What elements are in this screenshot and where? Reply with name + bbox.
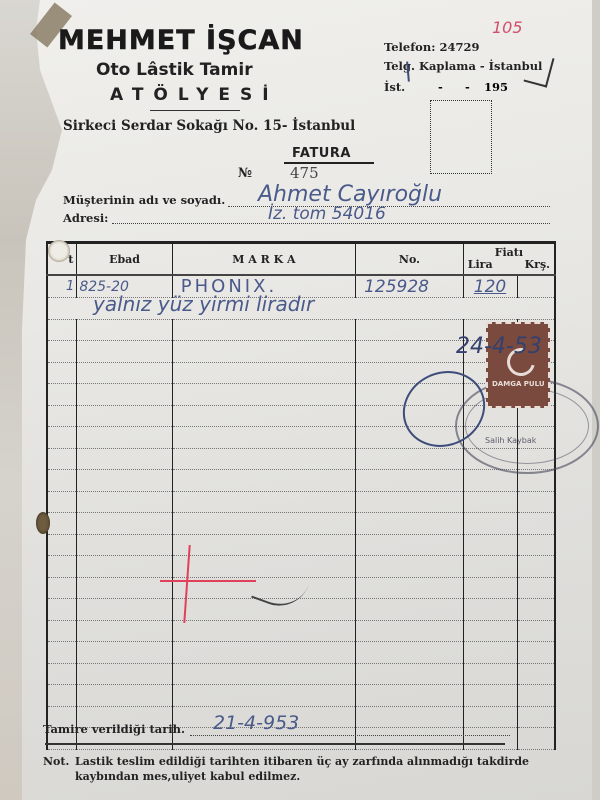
table-row-empty	[47, 534, 555, 556]
empty-cell[interactable]	[77, 384, 172, 406]
empty-cell[interactable]	[356, 448, 464, 470]
empty-cell[interactable]	[463, 599, 517, 621]
cell-no[interactable]: 125928	[356, 275, 464, 298]
table-header-row: t Ebad M A R K A No. Fiatı Lira Krş.	[47, 243, 555, 276]
column-header-marka: M A R K A	[172, 243, 355, 276]
table-row-empty	[47, 470, 555, 492]
phone: Telefon: 24729	[384, 40, 479, 54]
empty-cell[interactable]	[463, 577, 517, 599]
invoice-number: 475	[290, 164, 319, 182]
empty-cell[interactable]	[77, 642, 172, 664]
company-workshop: ATÖLYESİ	[110, 85, 279, 105]
empty-cell[interactable]	[172, 534, 355, 556]
handwritten-reference: 105	[492, 18, 523, 37]
empty-cell[interactable]	[356, 642, 464, 664]
number-symbol: №	[238, 166, 252, 181]
note-label: Not.	[43, 754, 69, 769]
empty-cell[interactable]	[47, 319, 77, 341]
empty-cell[interactable]	[463, 556, 517, 578]
column-header-price: Fiatı Lira Krş.	[463, 243, 555, 276]
empty-cell[interactable]	[172, 642, 355, 664]
footer-divider	[45, 743, 505, 745]
empty-cell[interactable]	[517, 620, 555, 642]
customer-name-label: Müşterinin adı ve soyadı.	[63, 193, 225, 207]
empty-cell[interactable]	[517, 663, 555, 685]
table-row-empty	[47, 663, 555, 685]
empty-cell[interactable]	[517, 556, 555, 578]
empty-cell[interactable]	[77, 491, 172, 513]
empty-cell[interactable]	[172, 448, 355, 470]
empty-cell[interactable]	[77, 341, 172, 363]
date-year: 195	[484, 80, 508, 94]
empty-cell[interactable]	[172, 620, 355, 642]
empty-cell[interactable]	[77, 427, 172, 449]
empty-cell[interactable]	[47, 577, 77, 599]
empty-cell[interactable]	[47, 534, 77, 556]
empty-cell[interactable]	[47, 362, 77, 384]
invoice-title: FATURA	[292, 146, 351, 161]
empty-cell[interactable]	[517, 706, 555, 728]
empty-cell[interactable]	[356, 728, 464, 750]
empty-cell[interactable]	[517, 642, 555, 664]
column-header-ebad: Ebad	[77, 243, 172, 276]
table-row-empty	[47, 642, 555, 664]
empty-cell[interactable]	[47, 491, 77, 513]
empty-cell[interactable]	[47, 470, 77, 492]
column-header-lira: Lira	[468, 259, 493, 271]
stamp-date: 24-4-53	[456, 334, 542, 359]
empty-cell[interactable]	[517, 491, 555, 513]
empty-cell[interactable]	[172, 427, 355, 449]
date-separator: -	[438, 80, 443, 94]
empty-cell[interactable]	[463, 663, 517, 685]
empty-cell[interactable]	[77, 556, 172, 578]
table-row: yalnız yüz yirmi liradır	[47, 298, 555, 320]
empty-cell[interactable]	[517, 728, 555, 750]
empty-cell[interactable]	[356, 556, 464, 578]
empty-cell[interactable]	[463, 706, 517, 728]
company-address: Sirkeci Serdar Sokağı No. 15- İstanbul	[63, 118, 355, 134]
empty-cell[interactable]	[517, 577, 555, 599]
empty-cell[interactable]	[47, 427, 77, 449]
punch-hole	[48, 240, 70, 262]
cell-krs[interactable]	[517, 275, 555, 298]
empty-cell[interactable]	[47, 384, 77, 406]
empty-cell[interactable]	[356, 341, 464, 363]
empty-cell[interactable]	[517, 685, 555, 707]
empty-cell[interactable]	[463, 491, 517, 513]
table-row-empty	[47, 513, 555, 535]
company-name: MEHMET İŞCAN	[58, 25, 304, 56]
empty-cell[interactable]	[356, 534, 464, 556]
empty-cell[interactable]	[463, 642, 517, 664]
empty-cell[interactable]	[47, 685, 77, 707]
table-row-empty	[47, 599, 555, 621]
customer-address-label: Adresi:	[63, 211, 108, 225]
empty-cell[interactable]	[463, 534, 517, 556]
punch-hole	[36, 512, 50, 534]
stamp-placeholder-box	[430, 100, 492, 174]
divider	[150, 110, 240, 111]
empty-cell[interactable]	[47, 642, 77, 664]
check-mark-icon	[396, 62, 410, 83]
empty-cell[interactable]	[356, 685, 464, 707]
empty-cell[interactable]	[463, 728, 517, 750]
empty-cell[interactable]	[77, 362, 172, 384]
empty-cell[interactable]	[356, 577, 464, 599]
items-table: t Ebad M A R K A No. Fiatı Lira Krş. 1 8…	[46, 241, 556, 750]
empty-cell[interactable]	[77, 448, 172, 470]
table-row-empty	[47, 491, 555, 513]
empty-cell[interactable]	[172, 663, 355, 685]
revenue-stamp-text: DAMGA PULU	[492, 380, 545, 388]
customer-address-value[interactable]: İz. tom 54016	[268, 204, 386, 224]
empty-cell[interactable]	[463, 685, 517, 707]
table-row-empty	[47, 620, 555, 642]
cell-lira[interactable]: 120	[463, 275, 517, 298]
cell-adet[interactable]: 1	[47, 275, 77, 298]
empty-cell[interactable]	[356, 620, 464, 642]
empty-cell[interactable]	[77, 599, 172, 621]
empty-cell[interactable]	[47, 663, 77, 685]
note-text: Lastik teslim edildiği tarihten itibaren…	[75, 754, 545, 784]
empty-cell[interactable]	[517, 599, 555, 621]
red-cross-mark	[160, 580, 256, 582]
empty-cell[interactable]	[356, 470, 464, 492]
table-row-empty	[47, 556, 555, 578]
empty-cell[interactable]	[172, 341, 355, 363]
empty-cell[interactable]	[77, 405, 172, 427]
empty-cell[interactable]	[47, 448, 77, 470]
empty-cell[interactable]	[172, 319, 355, 341]
table-row-empty	[47, 685, 555, 707]
empty-cell[interactable]	[77, 319, 172, 341]
empty-cell[interactable]	[172, 491, 355, 513]
empty-cell[interactable]	[356, 599, 464, 621]
empty-cell[interactable]	[77, 470, 172, 492]
empty-cell[interactable]	[356, 491, 464, 513]
empty-cell[interactable]	[172, 470, 355, 492]
empty-cell[interactable]	[47, 556, 77, 578]
repair-date-label: Tamire verildiği tarih.	[43, 722, 185, 736]
empty-cell[interactable]	[77, 663, 172, 685]
empty-cell[interactable]	[172, 384, 355, 406]
empty-cell[interactable]	[77, 685, 172, 707]
column-header-krs: Krş.	[525, 259, 550, 271]
empty-cell[interactable]	[77, 513, 172, 535]
empty-cell[interactable]	[172, 513, 355, 535]
empty-cell[interactable]	[356, 706, 464, 728]
empty-cell[interactable]	[47, 405, 77, 427]
empty-cell[interactable]	[77, 577, 172, 599]
column-header-no: No.	[356, 243, 464, 276]
date-separator: -	[465, 80, 470, 94]
empty-cell[interactable]	[463, 513, 517, 535]
amount-in-words[interactable]: yalnız yüz yirmi liradır	[93, 292, 314, 316]
empty-cell[interactable]	[356, 513, 464, 535]
empty-cell[interactable]	[463, 620, 517, 642]
empty-cell[interactable]	[356, 663, 464, 685]
empty-cell[interactable]	[172, 362, 355, 384]
table-row-empty	[47, 362, 555, 384]
empty-cell[interactable]	[47, 341, 77, 363]
empty-cell[interactable]	[463, 470, 517, 492]
company-subtitle: Oto Lâstik Tamir	[96, 60, 253, 80]
repair-date-line	[190, 734, 510, 736]
empty-cell[interactable]	[172, 405, 355, 427]
empty-cell[interactable]	[47, 599, 77, 621]
empty-cell[interactable]	[47, 620, 77, 642]
oval-stamp-text: Salih Kaybak	[485, 436, 536, 445]
empty-cell[interactable]	[517, 513, 555, 535]
empty-cell[interactable]	[172, 685, 355, 707]
repair-date-value[interactable]: 21-4-953	[213, 712, 299, 734]
empty-cell[interactable]	[77, 620, 172, 642]
empty-cell[interactable]	[517, 534, 555, 556]
empty-cell[interactable]	[356, 319, 464, 341]
empty-cell[interactable]	[47, 513, 77, 535]
empty-cell[interactable]	[77, 534, 172, 556]
